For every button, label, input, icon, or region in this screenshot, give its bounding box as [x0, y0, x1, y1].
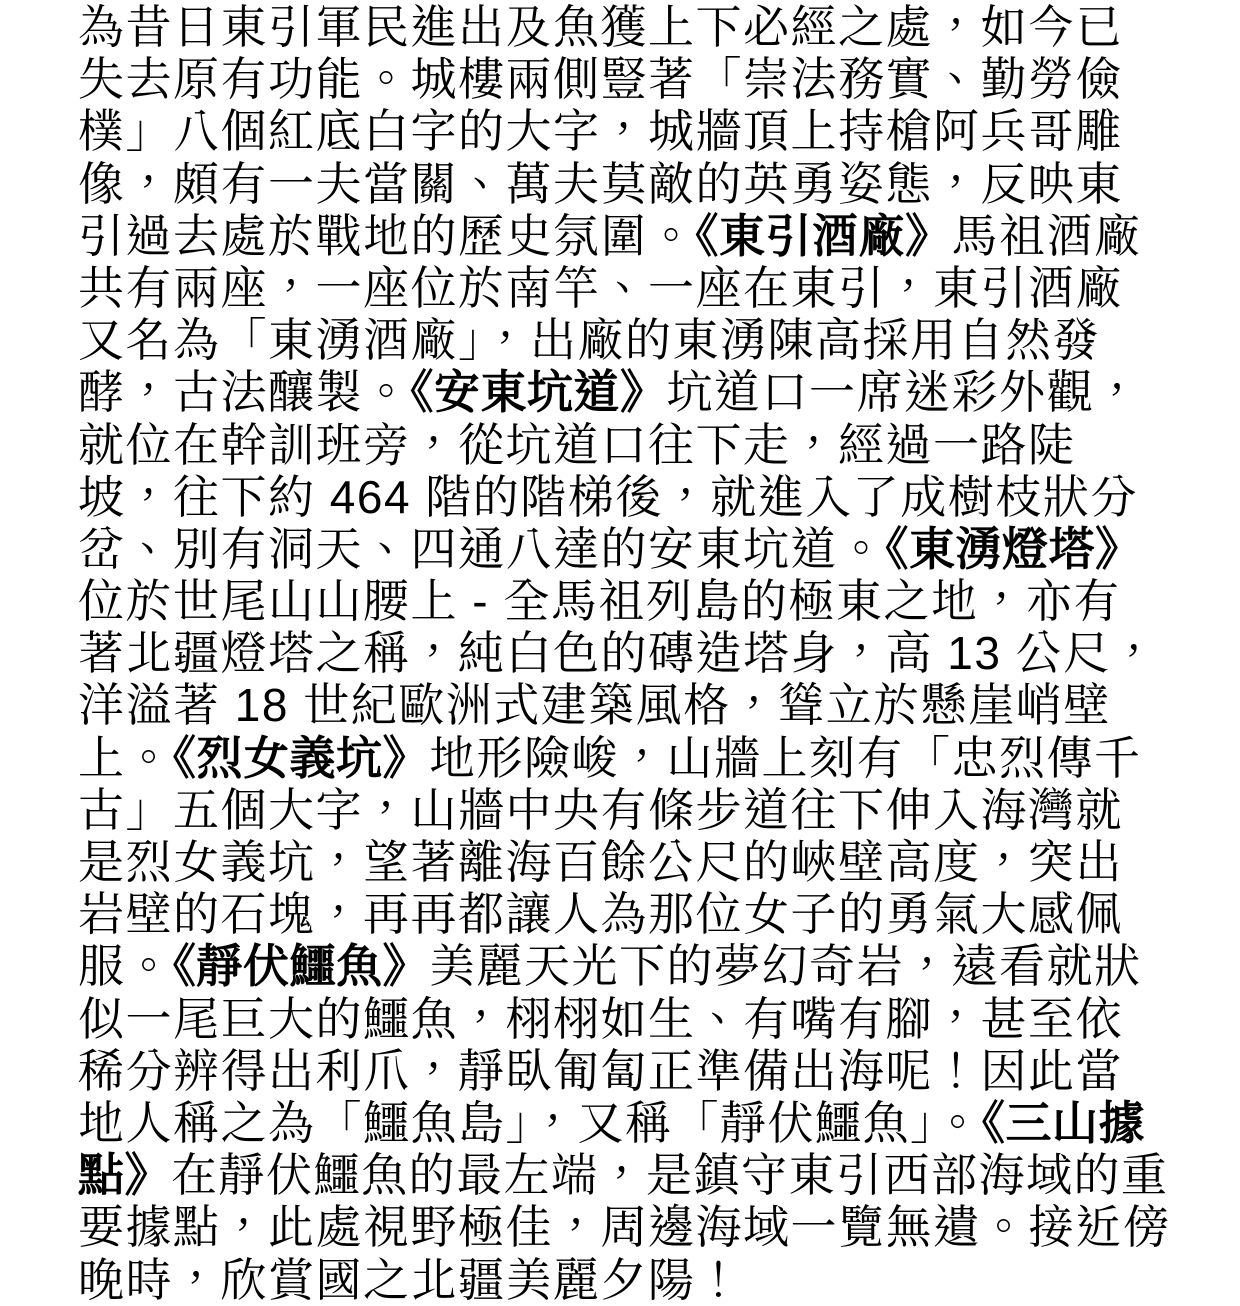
- text-segment: 失去原有功能。城樓兩側豎著「崇法務實、勤勞儉: [78, 53, 1123, 105]
- inline-heading: 《東引酒廠》: [696, 210, 952, 262]
- text-line: 就位在幹訓班旁，從坑道口往下走，經過一路陡: [78, 419, 1240, 471]
- text-block: 為昔日東引軍民進出及魚獲上下必經之處，如今已失去原有功能。城樓兩側豎著「崇法務實…: [0, 0, 1240, 1306]
- text-line: 又名為「東湧酒廠」，出廠的東湧陳高採用自然發: [78, 314, 1240, 366]
- text-segment: 就位在幹訓班旁，從坑道口往下走，經過一路陡: [78, 419, 1076, 471]
- text-segment: 要據點，此處視野極佳，周邊海域一覽無遺。接近傍: [78, 1201, 1171, 1253]
- text-segment: 為昔日東引軍民進出及魚獲上下必經之處，如今已: [78, 1, 1123, 53]
- inline-heading: 《東湧燈塔》: [886, 523, 1142, 575]
- text-segment: 引過去處於戰地的歷史氛圍。: [78, 210, 696, 262]
- text-line: 地人稱之為「鱷魚島」，又稱「靜伏鱷魚」。《三山據: [78, 1097, 1240, 1149]
- text-segment: 馬祖酒廠: [952, 210, 1142, 262]
- text-line: 引過去處於戰地的歷史氛圍。《東引酒廠》馬祖酒廠: [78, 210, 1240, 262]
- inline-heading: 點》: [78, 1149, 171, 1201]
- text-segment: 地形險峻，山牆上刻有「忠烈傳千: [429, 732, 1142, 784]
- text-segment: 洋溢著 18 世紀歐洲式建築風格，聳立於懸崖峭壁: [78, 679, 1111, 731]
- text-segment: 共有兩座，一座位於南竿、一座在東引，東引酒廠: [78, 262, 1123, 314]
- text-line: 稀分辨得出利爪，靜臥匍匐正準備出海呢！因此當: [78, 1045, 1240, 1097]
- text-line: 點》在靜伏鱷魚的最左端，是鎮守東引西部海域的重: [78, 1149, 1240, 1201]
- text-line: 要據點，此處視野極佳，周邊海域一覽無遺。接近傍: [78, 1201, 1240, 1253]
- text-line: 共有兩座，一座位於南竿、一座在東引，東引酒廠: [78, 262, 1240, 314]
- text-segment: 似一尾巨大的鱷魚，栩栩如生、有嘴有腳，甚至依: [78, 993, 1123, 1045]
- text-line: 晚時，欣賞國之北疆美麗夕陽！: [78, 1254, 1240, 1306]
- text-segment: 位於世尾山山腰上 - 全馬祖列島的極東之地，亦有: [78, 575, 1121, 627]
- text-line: 古」五個大字，山牆中央有條步道往下伸入海灣就: [78, 784, 1240, 836]
- document-page: 為昔日東引軍民進出及魚獲上下必經之處，如今已失去原有功能。城樓兩側豎著「崇法務實…: [0, 0, 1240, 1306]
- text-line: 為昔日東引軍民進出及魚獲上下必經之處，如今已: [78, 1, 1240, 53]
- inline-heading: 《安東坑道》: [411, 366, 667, 418]
- text-segment: 在靜伏鱷魚的最左端，是鎮守東引西部海域的重: [171, 1149, 1169, 1201]
- text-segment: 又名為「東湧酒廠」，出廠的東湧陳高採用自然發: [78, 314, 1100, 366]
- text-segment: 岩壁的石塊，再再都讓人為那位女子的勇氣大感佩: [78, 888, 1123, 940]
- text-line: 是烈女義坑，望著離海百餘公尺的峽壁高度，突出: [78, 836, 1240, 888]
- text-segment: 岔、別有洞天、四通八達的安東坑道。: [78, 523, 886, 575]
- text-segment: 美麗天光下的夢幻奇岩，遠看就狀: [429, 940, 1142, 992]
- text-line: 像，頗有一夫當關、萬夫莫敵的英勇姿態，反映東: [78, 158, 1240, 210]
- text-line: 樸」八個紅底白字的大字，城牆頂上持槍阿兵哥雕: [78, 105, 1240, 157]
- text-line: 似一尾巨大的鱷魚，栩栩如生、有嘴有腳，甚至依: [78, 993, 1240, 1045]
- text-line: 服。《靜伏鱷魚》美麗天光下的夢幻奇岩，遠看就狀: [78, 940, 1240, 992]
- text-segment: 像，頗有一夫當關、萬夫莫敵的英勇姿態，反映東: [78, 158, 1123, 210]
- text-line: 失去原有功能。城樓兩側豎著「崇法務實、勤勞儉: [78, 53, 1240, 105]
- text-line: 岩壁的石塊，再再都讓人為那位女子的勇氣大感佩: [78, 888, 1240, 940]
- text-line: 上。《烈女義坑》地形險峻，山牆上刻有「忠烈傳千: [78, 732, 1240, 784]
- text-segment: 稀分辨得出利爪，靜臥匍匐正準備出海呢！因此當: [78, 1045, 1123, 1097]
- text-line: 位於世尾山山腰上 - 全馬祖列島的極東之地，亦有: [78, 575, 1240, 627]
- text-line: 岔、別有洞天、四通八達的安東坑道。《東湧燈塔》: [78, 523, 1240, 575]
- inline-heading: 《靜伏鱷魚》: [173, 940, 429, 992]
- text-segment: 地人稱之為「鱷魚島」，又稱「靜伏鱷魚」。: [78, 1097, 982, 1149]
- text-segment: 上。: [78, 732, 173, 784]
- text-segment: 酵，古法釀製。: [78, 366, 411, 418]
- text-segment: 著北疆燈塔之稱，純白色的磚造塔身，高 13 公尺，: [78, 627, 1158, 679]
- text-segment: 是烈女義坑，望著離海百餘公尺的峽壁高度，突出: [78, 836, 1123, 888]
- text-segment: 樸」八個紅底白字的大字，城牆頂上持槍阿兵哥雕: [78, 105, 1123, 157]
- text-line: 坡，往下約 464 階的階梯後，就進入了成樹枝狀分: [78, 471, 1240, 523]
- text-segment: 坑道口一席迷彩外觀，: [667, 366, 1142, 418]
- text-segment: 坡，往下約 464 階的階梯後，就進入了成樹枝狀分: [78, 471, 1138, 523]
- text-segment: 古」五個大字，山牆中央有條步道往下伸入海灣就: [78, 784, 1123, 836]
- text-line: 著北疆燈塔之稱，純白色的磚造塔身，高 13 公尺，: [78, 627, 1240, 679]
- inline-heading: 《烈女義坑》: [173, 732, 429, 784]
- text-segment: 服。: [78, 940, 173, 992]
- text-line: 酵，古法釀製。《安東坑道》坑道口一席迷彩外觀，: [78, 366, 1240, 418]
- text-segment: 晚時，欣賞國之北疆美麗夕陽！: [78, 1254, 743, 1306]
- text-line: 洋溢著 18 世紀歐洲式建築風格，聳立於懸崖峭壁: [78, 679, 1240, 731]
- inline-heading: 《三山據: [982, 1097, 1145, 1149]
